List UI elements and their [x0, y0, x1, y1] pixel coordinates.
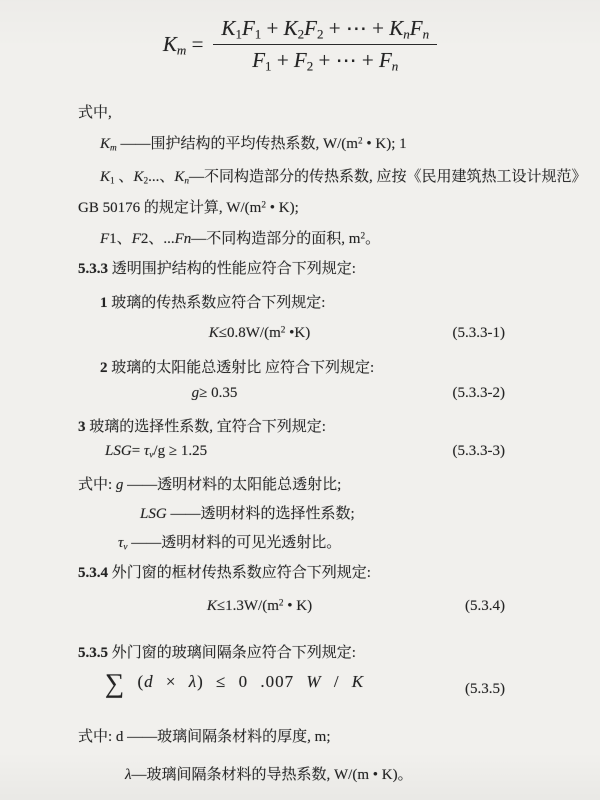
scanned-standard-page: Km = K1F1 + K2F2 + ⋯ + KnFn F1 + F2 + ⋯ … — [0, 0, 600, 800]
equation-number: (5.3.4) — [441, 598, 505, 615]
section-5-3-4-heading: 5.3.4 外门窗的框材传热系数应符合下列规定: — [78, 561, 560, 582]
equation-number: (5.3.5) — [441, 681, 505, 698]
clause-2-solar-transmittance: 2 玻璃的太阳能总透射比 应符合下列规定: — [100, 356, 560, 377]
equation-number: (5.3.3-1) — [441, 325, 505, 342]
k-series-definition: K1 、K2...、Kn—不同构造部分的传热系数, 应按《民用建筑热工设计规范》 — [100, 165, 560, 186]
equation-5-3-3-2: g≥ 0.35 (5.3.3-2) — [78, 385, 505, 402]
km-average-formula: Km = K1F1 + K2F2 + ⋯ + KnFn F1 + F2 + ⋯ … — [0, 16, 600, 73]
km-definition: Km ——围护结构的平均传热系数, W/(m2 • K); 1 — [100, 132, 560, 153]
equation-5-3-5: ∑ (d × λ) ≤ 0 .007 W / K (5.3.5) — [78, 672, 505, 692]
formula-fraction: K1F1 + K2F2 + ⋯ + KnFn F1 + F2 + ⋯ + Fn — [213, 16, 437, 73]
tv-definition: τv ——透明材料的可见光透射比。 — [118, 531, 560, 552]
gb50176-reference: GB 50176 的规定计算, W/(m2 • K); — [78, 196, 560, 217]
equation-5-3-3-3: LSG= τv/g ≥ 1.25 (5.3.3-3) — [78, 443, 505, 460]
equation-expression: LSG= τv/g ≥ 1.25 — [78, 443, 441, 460]
lsg-definition: LSG ——透明材料的选择性系数; — [140, 502, 560, 523]
where-clause-intro: 式中, — [78, 101, 560, 122]
equation-expression: g≥ 0.35 — [78, 385, 441, 402]
equation-number: (5.3.3-3) — [441, 443, 505, 460]
f-series-definition: F1、F2、...Fn—不同构造部分的面积, m2。 — [100, 227, 560, 248]
equation-expression: K≤0.8W/(m2 •K) — [78, 325, 441, 342]
formula-lhs: Km = — [163, 32, 204, 57]
equation-expression: ∑ (d × λ) ≤ 0 .007 W / K — [78, 672, 441, 692]
formula-numerator: K1F1 + K2F2 + ⋯ + KnFn — [213, 16, 437, 45]
lambda-definition: λ—玻璃间隔条材料的导热系数, W/(m • K)。 — [125, 763, 560, 784]
equation-5-3-4: K≤1.3W/(m2 • K) (5.3.4) — [78, 598, 505, 615]
where-g-definition: 式中: g ——透明材料的太阳能总透射比; — [78, 473, 560, 494]
clause-3-selectivity-coefficient: 3 玻璃的选择性系数, 宜符合下列规定: — [78, 415, 560, 436]
equation-5-3-3-1: K≤0.8W/(m2 •K) (5.3.3-1) — [78, 325, 505, 342]
section-5-3-5-heading: 5.3.5 外门窗的玻璃间隔条应符合下列规定: — [78, 641, 560, 662]
section-5-3-3-heading: 5.3.3 透明围护结构的性能应符合下列规定: — [78, 257, 560, 278]
formula-denominator: F1 + F2 + ⋯ + Fn — [213, 45, 437, 73]
where-d-definition: 式中: d ——玻璃间隔条材料的厚度, m; — [78, 725, 560, 746]
equation-number: (5.3.3-2) — [441, 385, 505, 402]
equation-expression: K≤1.3W/(m2 • K) — [78, 598, 441, 615]
clause-1-glass-heat-transfer: 1 玻璃的传热系数应符合下列规定: — [100, 291, 560, 312]
